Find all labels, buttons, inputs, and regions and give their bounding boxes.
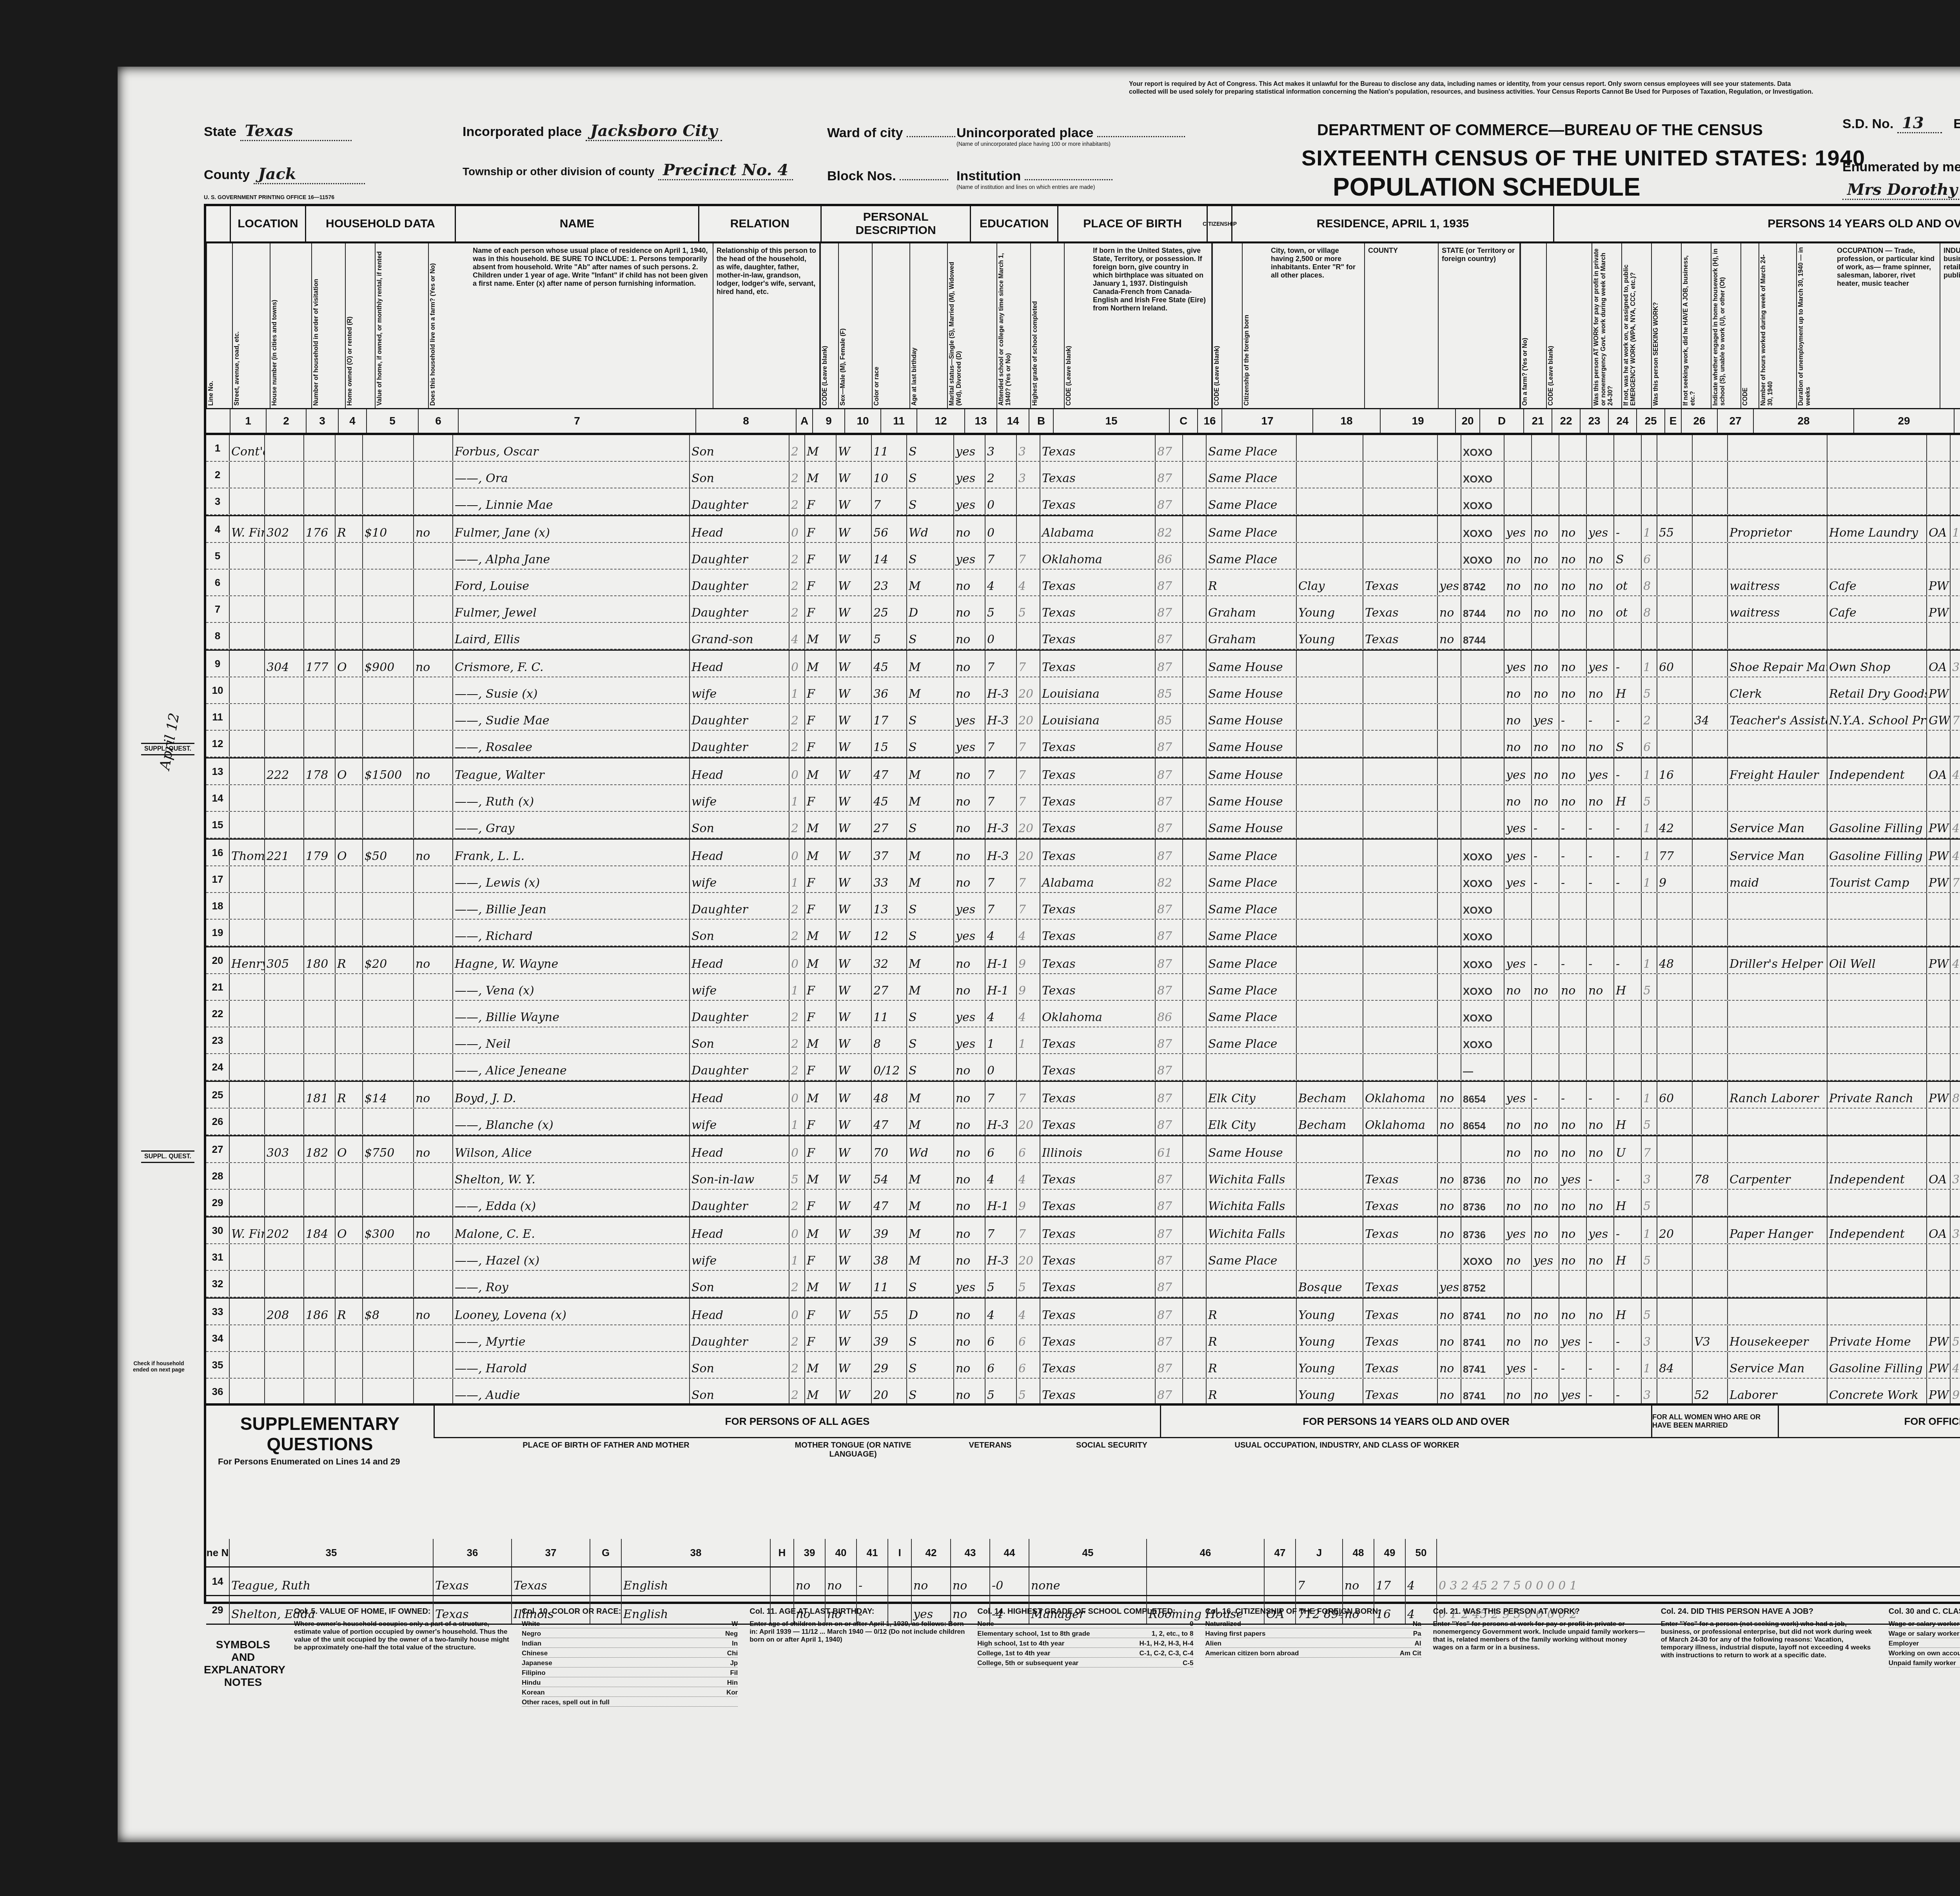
cell-class xyxy=(1927,1109,1951,1134)
cell-school: yes xyxy=(954,543,985,569)
cell-codeA: 2 xyxy=(789,893,805,919)
cell-occupation xyxy=(1728,462,1828,488)
cell-race: W xyxy=(837,623,872,649)
cell-c24: no xyxy=(1587,1109,1614,1134)
cell-name: ——, Billie Wayne xyxy=(453,1001,690,1027)
cell-age: 29 xyxy=(872,1352,907,1378)
cell-marital: M xyxy=(907,1163,954,1189)
cell-occupation: Shoe Repair Man xyxy=(1728,651,1828,677)
cell-codeC: 87 xyxy=(1156,1217,1183,1243)
cell-industry xyxy=(1828,1001,1927,1027)
cell-line: 30 xyxy=(206,1217,230,1243)
cell-c26 xyxy=(1657,1271,1693,1297)
table-row: 11——, Sudie MaeDaughter2FW17SyesH-320Lou… xyxy=(206,704,1960,731)
cell-line: 1 xyxy=(206,435,230,461)
cell-race: W xyxy=(837,1136,872,1162)
column-number: 3 xyxy=(307,409,339,433)
cell-sex: M xyxy=(805,1217,837,1243)
cell-farm xyxy=(414,920,453,945)
cell-age: 8 xyxy=(872,1027,907,1053)
cell-res_county xyxy=(1297,1136,1363,1162)
cell-codeF xyxy=(1951,543,1960,569)
cell-codeB: 4 xyxy=(1017,1163,1040,1189)
cell-house xyxy=(265,974,304,1000)
cell-res_county xyxy=(1297,866,1363,892)
cell-cit xyxy=(1183,812,1207,838)
cell-c21: no xyxy=(1504,731,1532,757)
cell-street xyxy=(230,893,265,919)
header-birthplace: If born in the United States, give State… xyxy=(1090,243,1212,408)
cell-c22 xyxy=(1532,488,1559,514)
cell-codeD: 8736 xyxy=(1461,1217,1504,1243)
cell-codeC: 87 xyxy=(1156,840,1183,865)
column-number xyxy=(206,409,230,433)
cell-c21: no xyxy=(1504,570,1532,595)
cell-grade: 3 xyxy=(985,435,1017,461)
cell-grade: 7 xyxy=(985,651,1017,677)
cell-hh: 184 xyxy=(304,1217,336,1243)
cell-c23: - xyxy=(1559,947,1587,973)
cell-street xyxy=(230,1001,265,1027)
cell-c25 xyxy=(1614,1054,1642,1080)
cell-codeB: 7 xyxy=(1017,866,1040,892)
cell-name: ——, Susie (x) xyxy=(453,677,690,703)
cell-c26: 84 xyxy=(1657,1352,1693,1378)
cell-name: ——, Myrtie xyxy=(453,1325,690,1351)
table-row: 24——, Alice JeneaneDaughter2FW0/12Sno0Te… xyxy=(206,1054,1960,1081)
cell-farm: no xyxy=(414,1217,453,1243)
cell-value xyxy=(363,1027,414,1053)
cell-c22: no xyxy=(1532,1109,1559,1134)
sd-label: S.D. No. xyxy=(1842,116,1893,131)
cell-c24: no xyxy=(1587,543,1614,569)
cell-c23: no xyxy=(1559,1190,1587,1216)
supp-cell-tongue: English xyxy=(622,1568,771,1595)
cell-value xyxy=(363,543,414,569)
cell-res_city: Elk City xyxy=(1207,1109,1297,1134)
cell-value xyxy=(363,570,414,595)
cell-age: 11 xyxy=(872,1271,907,1297)
cell-industry: Private Home xyxy=(1828,1325,1927,1351)
cell-res_farm xyxy=(1438,758,1461,784)
cell-codeD: XOXO xyxy=(1461,516,1504,542)
table-row: 25181R$14noBoyd, J. D.Head0MW48Mno77Texa… xyxy=(206,1081,1960,1109)
supp-cell-c40: no xyxy=(826,1568,857,1595)
cell-res_city: Graham xyxy=(1207,596,1297,622)
cell-farm xyxy=(414,893,453,919)
column-number: 28 xyxy=(1754,409,1854,433)
cell-street xyxy=(230,1054,265,1080)
cell-street xyxy=(230,1163,265,1189)
cell-school: no xyxy=(954,1244,985,1270)
cell-c27 xyxy=(1693,570,1728,595)
cell-line: 23 xyxy=(206,1027,230,1053)
cell-c24: - xyxy=(1587,866,1614,892)
cell-codeC: 87 xyxy=(1156,1190,1183,1216)
cell-relation: Head xyxy=(690,651,789,677)
cell-race: W xyxy=(837,1054,872,1080)
cell-codeA: 1 xyxy=(789,1244,805,1270)
cell-res_city: R xyxy=(1207,1299,1297,1324)
cell-codeB: 9 xyxy=(1017,1190,1040,1216)
cell-street xyxy=(230,1027,265,1053)
cell-farm: no xyxy=(414,1136,453,1162)
header-code-d: CODE (Leave blank) xyxy=(1546,243,1592,408)
cell-own xyxy=(336,1001,363,1027)
cell-race: W xyxy=(837,758,872,784)
cell-race: W xyxy=(837,1271,872,1297)
cell-hh xyxy=(304,677,336,703)
cell-res_city: R xyxy=(1207,1352,1297,1378)
cell-class: PW xyxy=(1927,947,1951,973)
cell-codeF xyxy=(1951,1001,1960,1027)
cell-codeB: 5 xyxy=(1017,1379,1040,1404)
column-number: D xyxy=(1480,409,1524,433)
cell-codeD xyxy=(1461,651,1504,677)
cell-street: W. First xyxy=(230,1217,265,1243)
table-row: 21——, Vena (x)wife1FW27MnoH-19Texas87Sam… xyxy=(206,974,1960,1001)
suppl-quest-tag-14-left: SUPPL. QUEST. xyxy=(141,743,194,755)
unincorporated-note: (Name of unincorporated place having 100… xyxy=(956,141,1185,147)
cell-sex: F xyxy=(805,1325,837,1351)
cell-res_city: Same Place xyxy=(1207,920,1297,945)
header-residence-city: City, town, or village having 2,500 or m… xyxy=(1268,243,1365,408)
cell-sex: M xyxy=(805,623,837,649)
cell-school: no xyxy=(954,1190,985,1216)
cell-school: no xyxy=(954,812,985,838)
cell-value xyxy=(363,1325,414,1351)
cell-res_county xyxy=(1297,543,1363,569)
cell-marital: Wd xyxy=(907,516,954,542)
cell-res_farm xyxy=(1438,435,1461,461)
cell-codeF xyxy=(1951,570,1960,595)
cell-codeE: 5 xyxy=(1642,785,1657,811)
cell-codeC: 87 xyxy=(1156,893,1183,919)
note-item: Having first papersPa xyxy=(1205,1630,1421,1638)
cell-c21: yes xyxy=(1504,1352,1532,1378)
cell-res_county xyxy=(1297,1163,1363,1189)
cell-name: ——, Neil xyxy=(453,1027,690,1053)
supp-column-number: 47 xyxy=(1265,1539,1296,1566)
cell-cit xyxy=(1183,488,1207,514)
cell-codeB: 7 xyxy=(1017,1217,1040,1243)
column-number: 2 xyxy=(267,409,307,433)
cell-industry xyxy=(1828,435,1927,461)
cell-c23: yes xyxy=(1559,1379,1587,1404)
column-number: 15 xyxy=(1054,409,1170,433)
cell-res_farm: no xyxy=(1438,1217,1461,1243)
cell-house xyxy=(265,1027,304,1053)
cell-c22 xyxy=(1532,1027,1559,1053)
cell-grade: H-3 xyxy=(985,677,1017,703)
cell-school: no xyxy=(954,1352,985,1378)
cell-house xyxy=(265,1190,304,1216)
cell-codeE: 5 xyxy=(1642,1190,1657,1216)
header-residence-county: COUNTY xyxy=(1365,243,1439,408)
cell-school: no xyxy=(954,974,985,1000)
cell-birthplace: Texas xyxy=(1040,435,1156,461)
cell-codeF xyxy=(1951,1054,1960,1080)
cell-school: no xyxy=(954,1299,985,1324)
cell-street xyxy=(230,1190,265,1216)
supp-sub-veterans: VETERANS xyxy=(927,1441,1053,1459)
column-number: E xyxy=(1665,409,1682,433)
cell-c23: no xyxy=(1559,1136,1587,1162)
cell-c23 xyxy=(1559,1271,1587,1297)
cell-age: 39 xyxy=(872,1217,907,1243)
cell-line: 34 xyxy=(206,1325,230,1351)
cell-codeC: 87 xyxy=(1156,785,1183,811)
cell-occupation: maid xyxy=(1728,866,1828,892)
cell-codeA: 0 xyxy=(789,1136,805,1162)
cell-codeC: 87 xyxy=(1156,488,1183,514)
cell-c25: - xyxy=(1614,1352,1642,1378)
cell-codeE: 5 xyxy=(1642,677,1657,703)
note-item: American citizen born abroadAm Cit xyxy=(1205,1649,1421,1658)
cell-cit xyxy=(1183,651,1207,677)
cell-value xyxy=(363,677,414,703)
cell-codeC: 87 xyxy=(1156,1027,1183,1053)
cell-c22: no xyxy=(1532,785,1559,811)
cell-c22 xyxy=(1532,1271,1559,1297)
cell-c23 xyxy=(1559,1027,1587,1053)
cell-c22: no xyxy=(1532,1136,1559,1162)
cell-occupation: Clerk xyxy=(1728,677,1828,703)
cell-codeF: 354 89 4 xyxy=(1951,651,1960,677)
printing-office-note: U. S. GOVERNMENT PRINTING OFFICE 16—1157… xyxy=(204,194,334,200)
note-item: WhiteW xyxy=(522,1620,738,1628)
cell-school: yes xyxy=(954,435,985,461)
ed-label: E.D. No. xyxy=(1953,116,1960,131)
cell-c21: no xyxy=(1504,1244,1532,1270)
cell-res_state xyxy=(1363,677,1438,703)
note-item: EmployerE xyxy=(1889,1640,1960,1648)
cell-codeB: 7 xyxy=(1017,1082,1040,1108)
cell-c26 xyxy=(1657,623,1693,649)
cell-farm xyxy=(414,1379,453,1404)
cell-res_city: Same Place xyxy=(1207,840,1297,865)
column-number: 7 xyxy=(459,409,696,433)
cell-c25: H xyxy=(1614,677,1642,703)
cell-cit xyxy=(1183,1082,1207,1108)
cell-birthplace: Texas xyxy=(1040,462,1156,488)
cell-value xyxy=(363,812,414,838)
cell-c27 xyxy=(1693,462,1728,488)
county-label: County xyxy=(204,167,250,182)
cell-codeA: 1 xyxy=(789,866,805,892)
cell-res_state: Texas xyxy=(1363,1299,1438,1324)
cell-c21: no xyxy=(1504,1299,1532,1324)
note-title: Col. 16. CITIZENSHIP OF THE FOREIGN BORN… xyxy=(1205,1607,1421,1616)
cell-cit xyxy=(1183,623,1207,649)
cell-c21 xyxy=(1504,920,1532,945)
cell-codeF xyxy=(1951,920,1960,945)
cell-c23: yes xyxy=(1559,1163,1587,1189)
cell-grade: 7 xyxy=(985,758,1017,784)
cell-codeB: 20 xyxy=(1017,704,1040,730)
cell-school: no xyxy=(954,570,985,595)
cell-class xyxy=(1927,1136,1951,1162)
cell-line: 14 xyxy=(206,785,230,811)
cell-relation: Daughter xyxy=(690,488,789,514)
cell-c24 xyxy=(1587,488,1614,514)
cell-marital: S xyxy=(907,1054,954,1080)
cell-c24: no xyxy=(1587,677,1614,703)
cell-c27 xyxy=(1693,1190,1728,1216)
cell-relation: Head xyxy=(690,1136,789,1162)
header-citizenship: Citizenship of the foreign born xyxy=(1242,243,1268,408)
cell-race: W xyxy=(837,785,872,811)
cell-house xyxy=(265,812,304,838)
cell-hh: 179 xyxy=(304,840,336,865)
cell-sex: M xyxy=(805,840,837,865)
cell-own xyxy=(336,488,363,514)
cell-name: ——, Audie xyxy=(453,1379,690,1404)
cell-age: 25 xyxy=(872,596,907,622)
cell-codeD: XOXO xyxy=(1461,435,1504,461)
cell-own: R xyxy=(336,1299,363,1324)
cell-name: ——, Lewis (x) xyxy=(453,866,690,892)
cell-value xyxy=(363,435,414,461)
cell-codeE xyxy=(1642,920,1657,945)
cell-c26 xyxy=(1657,462,1693,488)
cell-relation: Son xyxy=(690,1379,789,1404)
cell-birthplace: Texas xyxy=(1040,1352,1156,1378)
cell-codeC: 87 xyxy=(1156,920,1183,945)
supplementary-groups: FOR PERSONS OF ALL AGES FOR PERSONS 14 Y… xyxy=(434,1406,1960,1438)
cell-age: 47 xyxy=(872,1190,907,1216)
cell-relation: Son xyxy=(690,1271,789,1297)
cell-value xyxy=(363,1109,414,1134)
cell-codeE xyxy=(1642,1054,1657,1080)
cell-house xyxy=(265,920,304,945)
cell-codeC: 87 xyxy=(1156,1379,1183,1404)
cell-house xyxy=(265,1325,304,1351)
header-col-23: Was this person SEEKING WORK? xyxy=(1651,243,1681,408)
cell-codeD xyxy=(1461,758,1504,784)
cell-line: 11 xyxy=(206,704,230,730)
cell-line: 29 xyxy=(206,1190,230,1216)
cell-res_farm xyxy=(1438,1027,1461,1053)
cell-res_state: Texas xyxy=(1363,1190,1438,1216)
cell-street xyxy=(230,866,265,892)
cell-school: no xyxy=(954,516,985,542)
cell-c24 xyxy=(1587,462,1614,488)
cell-industry: Gasoline Filling Station xyxy=(1828,812,1927,838)
cell-res_state: Texas xyxy=(1363,1163,1438,1189)
cell-house: 305 xyxy=(265,947,304,973)
cell-codeB: 20 xyxy=(1017,1109,1040,1134)
cell-occupation xyxy=(1728,893,1828,919)
cell-street xyxy=(230,1082,265,1108)
cell-value: $14 xyxy=(363,1082,414,1108)
cell-house xyxy=(265,462,304,488)
cell-occupation: Proprietor xyxy=(1728,516,1828,542)
cell-hh xyxy=(304,812,336,838)
cell-res_city: Wichita Falls xyxy=(1207,1217,1297,1243)
cell-race: W xyxy=(837,1379,872,1404)
header-line-no: Line No. xyxy=(206,243,232,408)
cell-relation: Son-in-law xyxy=(690,1163,789,1189)
cell-occupation xyxy=(1728,543,1828,569)
cell-codeC: 87 xyxy=(1156,974,1183,1000)
table-row: 1Cont'dForbus, OscarSon2MW11Syes33Texas8… xyxy=(206,435,1960,462)
supp-sub-usual-occupation: USUAL OCCUPATION, INDUSTRY, AND CLASS OF… xyxy=(1171,1441,1523,1459)
cell-grade: 4 xyxy=(985,1299,1017,1324)
cell-street xyxy=(230,731,265,757)
cell-codeF xyxy=(1951,1271,1960,1297)
cell-res_state: Texas xyxy=(1363,1271,1438,1297)
cell-c26 xyxy=(1657,1190,1693,1216)
cell-res_state xyxy=(1363,893,1438,919)
header-sex: Sex—Male (M), Female (F) xyxy=(838,243,872,408)
cell-industry: Private Ranch xyxy=(1828,1082,1927,1108)
note-title: Col. 10. COLOR OR RACE: xyxy=(522,1607,738,1616)
cell-c27: 34 xyxy=(1693,704,1728,730)
cell-codeC: 86 xyxy=(1156,543,1183,569)
cell-codeF: 156 88 4 xyxy=(1951,516,1960,542)
cell-value xyxy=(363,488,414,514)
cell-c21 xyxy=(1504,488,1532,514)
cell-res_county xyxy=(1297,677,1363,703)
column-number: 24 xyxy=(1609,409,1637,433)
cell-c21: no xyxy=(1504,1325,1532,1351)
cell-school: no xyxy=(954,623,985,649)
cell-relation: Grand-son xyxy=(690,623,789,649)
header-relation: Relationship of this person to the head … xyxy=(713,243,820,408)
incorporated-place-label: Incorporated place xyxy=(463,124,582,139)
cell-c21: no xyxy=(1504,704,1532,730)
cell-age: 37 xyxy=(872,840,907,865)
cell-c26 xyxy=(1657,1136,1693,1162)
cell-street xyxy=(230,1352,265,1378)
header-col-24: If not seeking work, did he HAVE A JOB, … xyxy=(1681,243,1711,408)
column-number: 26 xyxy=(1682,409,1718,433)
cell-cit xyxy=(1183,462,1207,488)
column-number: 10 xyxy=(845,409,881,433)
cell-farm xyxy=(414,623,453,649)
supplementary-title: SUPPLEMENTARY QUESTIONS xyxy=(222,1413,418,1454)
cell-c23: no xyxy=(1559,596,1587,622)
cell-res_state xyxy=(1363,840,1438,865)
cell-industry: Tourist Camp xyxy=(1828,866,1927,892)
cell-codeB: 20 xyxy=(1017,812,1040,838)
cell-industry xyxy=(1828,1027,1927,1053)
cell-cit xyxy=(1183,893,1207,919)
cell-farm: no xyxy=(414,1299,453,1324)
table-row: 7Fulmer, JewelDaughter2FW25Dno55Texas87G… xyxy=(206,596,1960,623)
cell-grade: H-3 xyxy=(985,704,1017,730)
cell-res_city: Same Place xyxy=(1207,893,1297,919)
cell-value: $50 xyxy=(363,840,414,865)
cell-line: 16 xyxy=(206,840,230,865)
cell-hh xyxy=(304,1001,336,1027)
cell-codeB: 6 xyxy=(1017,1136,1040,1162)
cell-age: 5 xyxy=(872,623,907,649)
cell-occupation: Driller's Helper xyxy=(1728,947,1828,973)
cell-codeB: 4 xyxy=(1017,1001,1040,1027)
cell-c27 xyxy=(1693,1271,1728,1297)
cell-value xyxy=(363,1190,414,1216)
cell-c22: yes xyxy=(1532,1244,1559,1270)
cell-occupation xyxy=(1728,920,1828,945)
column-number: 19 xyxy=(1381,409,1456,433)
cell-industry: Independent xyxy=(1828,1163,1927,1189)
note-title: Col. 11. AGE AT LAST BIRTHDAY: xyxy=(750,1607,965,1616)
column-number: 1 xyxy=(230,409,267,433)
note-text: Enter age of children born on or after A… xyxy=(750,1620,965,1644)
ward-label: Ward of city xyxy=(827,125,903,140)
